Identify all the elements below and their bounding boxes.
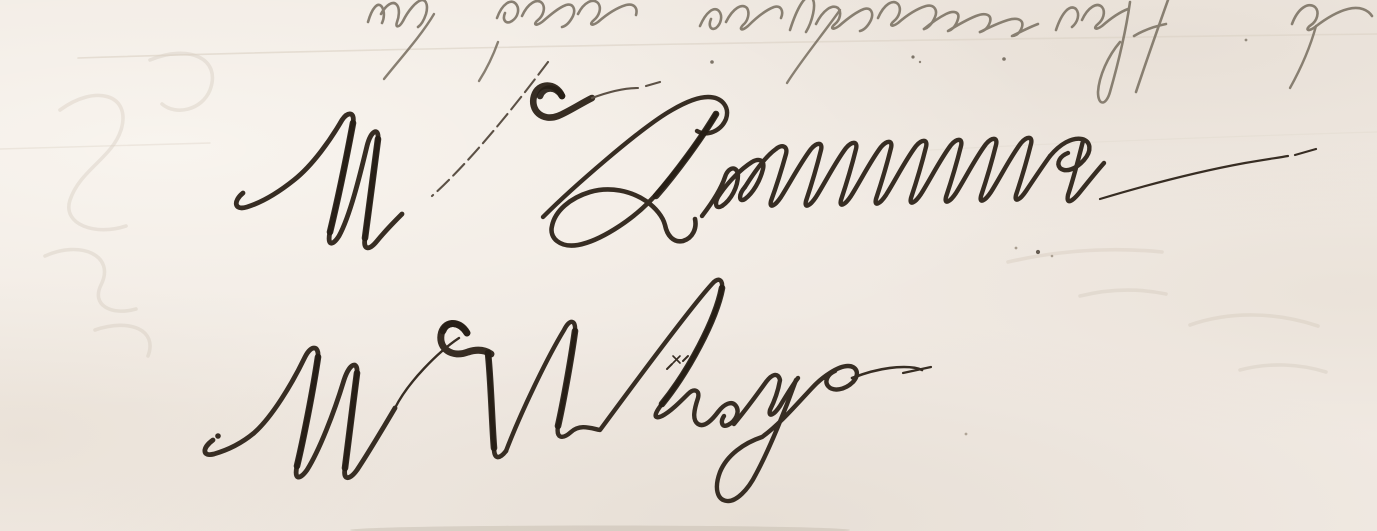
word-ge bbox=[1290, 5, 1372, 88]
word-geen bbox=[479, 1, 637, 81]
bottom-edge-smudge bbox=[350, 526, 850, 531]
word-ny bbox=[368, 0, 434, 79]
rooman-oo-loops bbox=[702, 160, 763, 216]
rooman-capital-w bbox=[236, 114, 402, 248]
ink-specks bbox=[710, 39, 1247, 436]
signature-vliege bbox=[205, 280, 931, 501]
rooman-zigzag bbox=[745, 138, 1050, 206]
vliege-name bbox=[506, 280, 738, 451]
manuscript-scan: ny geen schryven heeft ge W Rooman W Vli… bbox=[0, 0, 1377, 531]
faded-top-text-line bbox=[368, 0, 1372, 103]
rooman-final-flick bbox=[1100, 149, 1316, 199]
handwriting-canvas bbox=[0, 0, 1377, 531]
rooman-hairline-diagonal bbox=[432, 62, 548, 196]
signature-rooman bbox=[236, 62, 1316, 248]
vliege-descender-loop bbox=[717, 366, 857, 501]
rooman-final-a bbox=[1050, 139, 1104, 202]
word-heeft bbox=[1056, 0, 1168, 103]
signature-rooman-strokes bbox=[236, 62, 1316, 248]
paper-crease-lines bbox=[0, 34, 1377, 150]
vliege-tail bbox=[852, 367, 922, 378]
